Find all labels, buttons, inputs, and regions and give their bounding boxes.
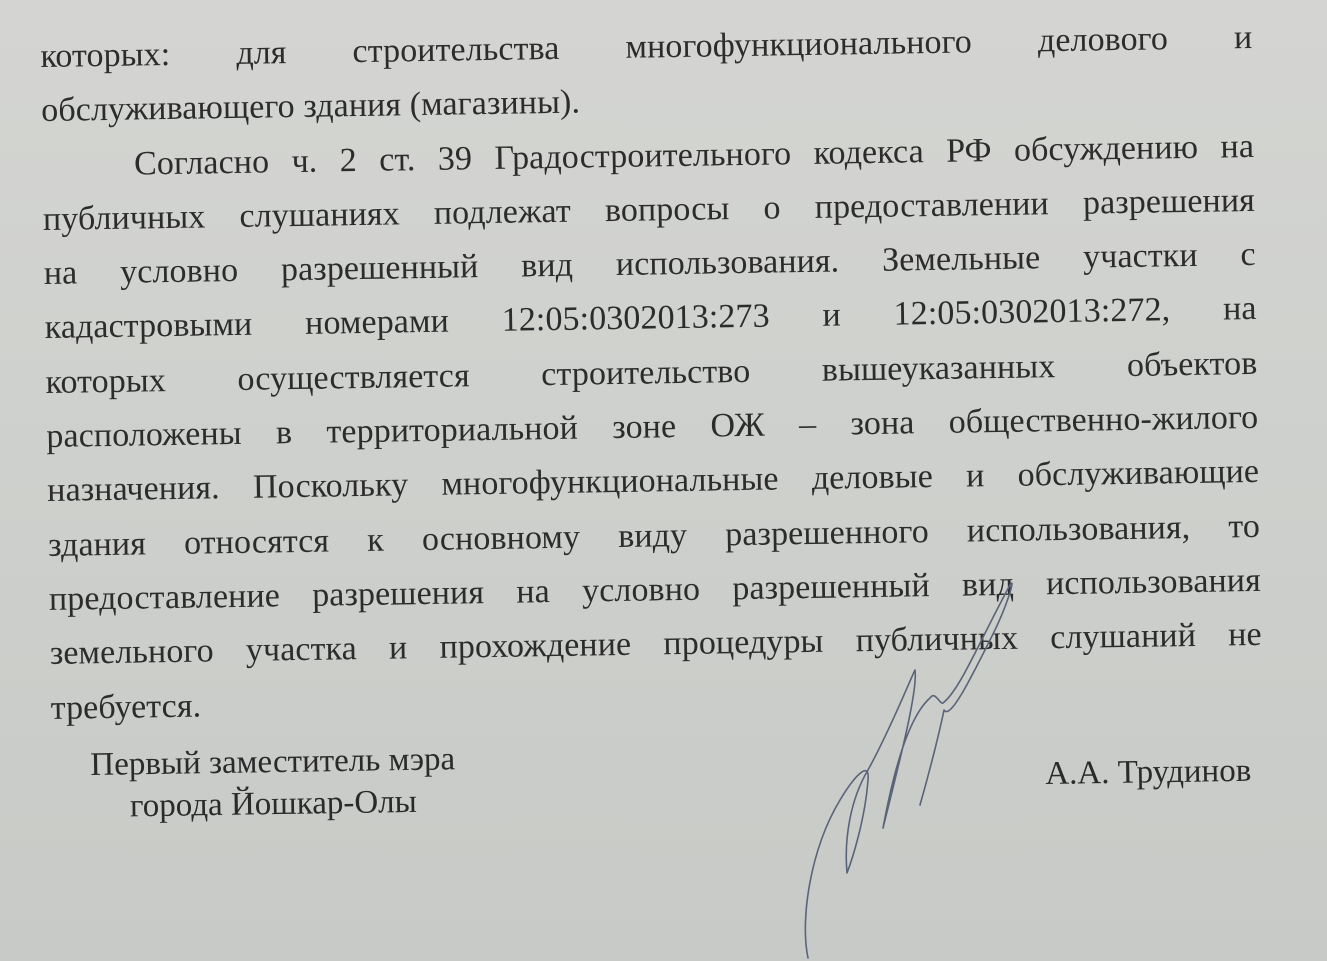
position-city: города Йошкар-Олы xyxy=(91,780,456,828)
handwritten-signature-icon xyxy=(780,580,1080,960)
document-page: которых: для строительства многофункцион… xyxy=(0,0,1327,961)
signer-name: А.А. Трудинов xyxy=(1045,753,1252,793)
position-title: Первый заместитель мэра xyxy=(90,738,455,786)
signer-position: Первый заместитель мэра города Йошкар-Ол… xyxy=(90,738,456,828)
